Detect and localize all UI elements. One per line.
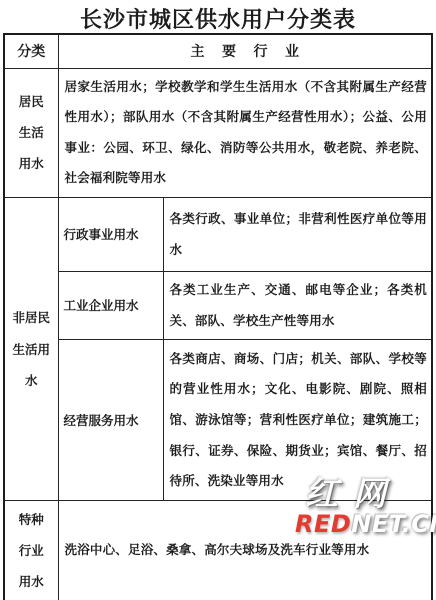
residential-category-cell: 居民 生活 用水 [4, 68, 58, 198]
table-row-industrial: 工业企业用水 各类工业生产、交通、邮电等企业；各类机关、部队、学校生产性等用水 [4, 272, 432, 340]
document-page: 长沙市城区供水用户分类表 分类 主 要 行 业 居民 生活 用水 居家生活用水；… [0, 0, 436, 600]
header-cell-industries: 主 要 行 业 [58, 34, 432, 68]
admin-type-cell: 行政事业用水 [58, 198, 163, 272]
header-row: 分类 主 要 行 业 [4, 34, 432, 68]
table-row-commercial: 经营服务用水 各类商店、商场、门店；机关、部队、学校等的营业性用水；文化、电影院… [4, 340, 432, 501]
special-industries-cell: 洗浴中心、足浴、桑拿、高尔夫球场及洗车行业等用水 [58, 501, 432, 600]
admin-industries-cell: 各类行政、事业单位；非营利性医疗单位等用水 [163, 198, 432, 272]
commercial-industries-cell: 各类商店、商场、门店；机关、部队、学校等的营业性用水；文化、电影院、剧院、照相馆… [163, 340, 432, 501]
table-row-special: 特种 行业 用水 洗浴中心、足浴、桑拿、高尔夫球场及洗车行业等用水 [4, 501, 432, 600]
table-row-residential: 居民 生活 用水 居家生活用水；学校教学和学生生活用水（不含其附属生产经营性用水… [4, 68, 432, 198]
industrial-industries-cell: 各类工业生产、交通、邮电等企业；各类机关、部队、学校生产性等用水 [163, 272, 432, 340]
table-row-admin: 非居民 生活用 水 行政事业用水 各类行政、事业单位；非营利性医疗单位等用水 [4, 198, 432, 272]
industrial-type-cell: 工业企业用水 [58, 272, 163, 340]
residential-industries-cell: 居家生活用水；学校教学和学生生活用水（不含其附属生产经营性用水）；部队用水（不含… [58, 68, 432, 198]
special-category-cell: 特种 行业 用水 [4, 501, 58, 600]
commercial-type-cell: 经营服务用水 [58, 340, 163, 501]
non-residential-category-cell: 非居民 生活用 水 [4, 198, 58, 501]
header-cell-category: 分类 [4, 34, 58, 68]
classification-table: 分类 主 要 行 业 居民 生活 用水 居家生活用水；学校教学和学生生活用水（不… [3, 33, 433, 600]
page-title: 长沙市城区供水用户分类表 [0, 3, 436, 34]
